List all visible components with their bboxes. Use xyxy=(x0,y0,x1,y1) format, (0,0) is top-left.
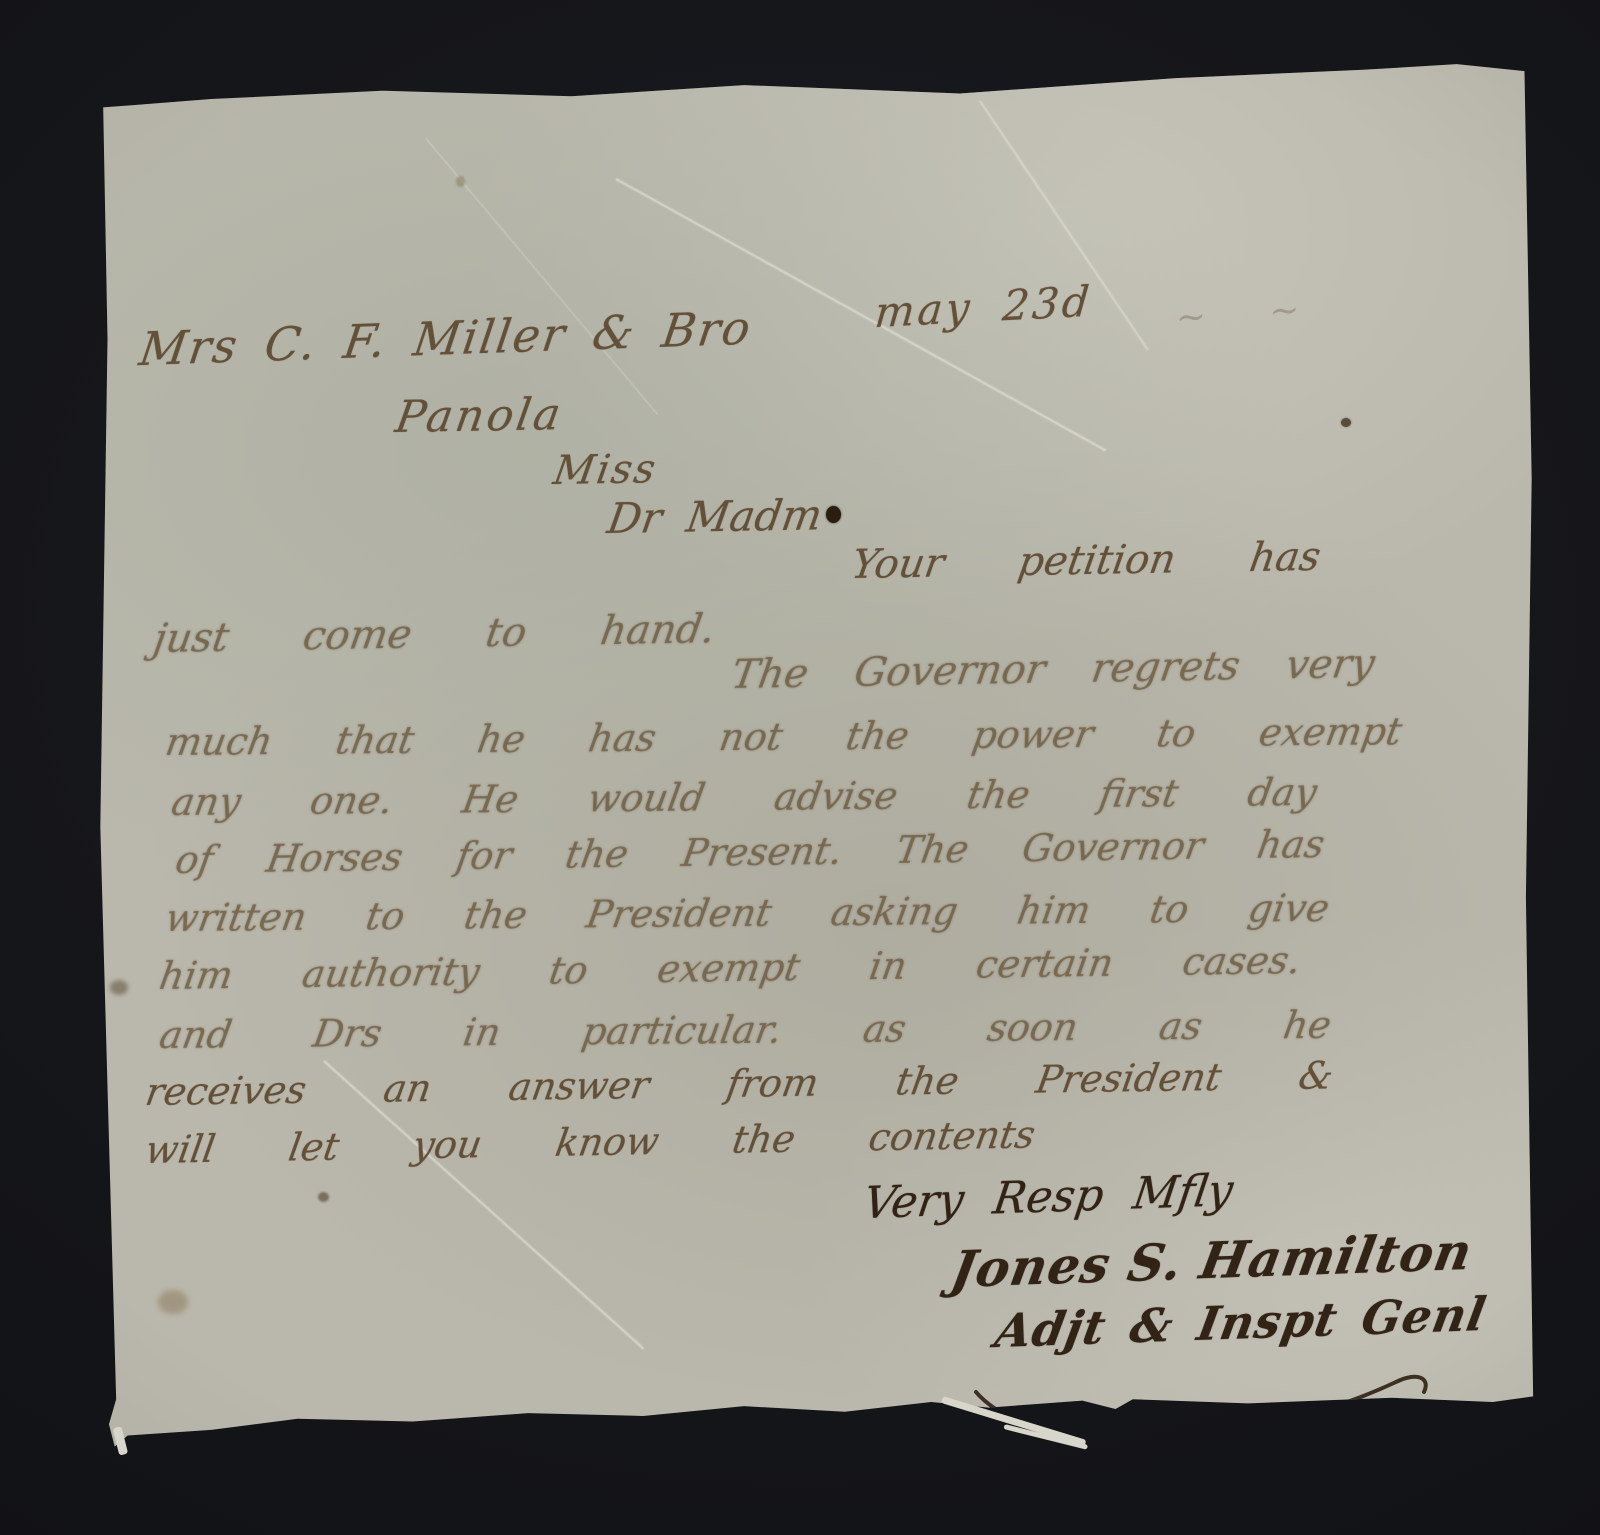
body-line: written to the President asking him to g… xyxy=(162,886,1332,940)
body-line: just come to hand. xyxy=(150,606,718,662)
body-line: will let you know the contents xyxy=(143,1112,1039,1172)
letter-paper: may 23d ~ ~ Mrs C. F. Miller & Bro Panol… xyxy=(96,60,1536,1455)
date-faded-marks: ~ ~ xyxy=(1175,288,1327,339)
paper-stain xyxy=(1341,418,1351,427)
paper-stain xyxy=(158,1290,188,1314)
ink-blot xyxy=(826,506,841,523)
closing-line: Very Resp Mfly xyxy=(860,1165,1236,1229)
recipient-line-3: Miss xyxy=(550,446,660,494)
signature: Jones S. Hamilton xyxy=(947,1222,1477,1300)
signature-flourish xyxy=(946,1352,1466,1482)
body-line: Your petition has xyxy=(848,534,1324,588)
recipient-line-2: Panola xyxy=(392,389,567,443)
salutation: Dr Madm xyxy=(604,490,826,543)
body-line: much that he has not the power to exempt xyxy=(162,709,1405,764)
paper-stain xyxy=(456,176,465,187)
body-line: him authority to exempt in certain cases… xyxy=(156,938,1304,998)
body-line: receives an answer from the President & xyxy=(142,1053,1336,1114)
photo-background: may 23d ~ ~ Mrs C. F. Miller & Bro Panol… xyxy=(0,0,1600,1535)
body-line: The Governor regrets very xyxy=(728,641,1378,698)
paper-stain xyxy=(110,980,128,995)
body-line: and Drs in particular. as soon as he xyxy=(156,1003,1334,1057)
body-line: of Horses for the Present. The Governor … xyxy=(172,822,1327,882)
date-line: may 23d xyxy=(873,276,1094,337)
paper-stain xyxy=(318,1192,329,1202)
recipient-line-1: Mrs C. F. Miller & Bro xyxy=(136,300,756,376)
body-line: any one. He would advise the first day xyxy=(168,770,1320,824)
signature-title: Adjt & Inspt Genl xyxy=(991,1287,1490,1358)
